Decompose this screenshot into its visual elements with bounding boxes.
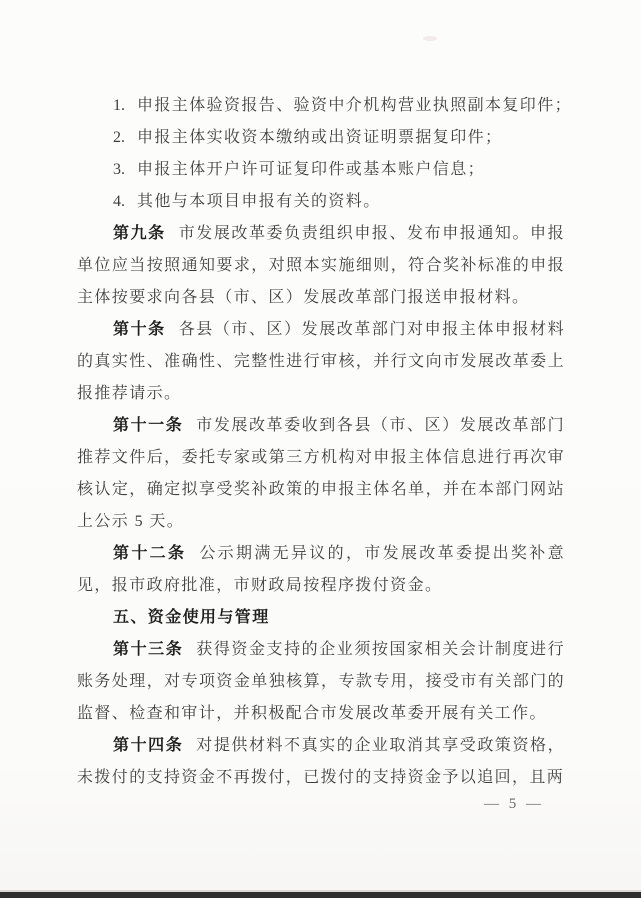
document-body: 1.申报主体验资报告、验资中介机构营业执照副本复印件； 2.申报主体实收资本缴纳… — [77, 90, 565, 794]
article-10-number: 第十条 — [113, 321, 166, 338]
list-item-2: 2.申报主体实收资本缴纳或出资证明票据复印件； — [77, 122, 565, 154]
page-number: — 5 — — [484, 795, 544, 813]
list-item-4-number: 4. — [113, 193, 125, 210]
scan-artifact-smudge — [423, 36, 437, 41]
section-heading-funds-management: 五、资金使用与管理 — [77, 602, 565, 634]
list-item-1-text: 申报主体验资报告、验资中介机构营业执照副本复印件； — [137, 97, 572, 114]
article-11-paragraph: 第十一条市发展改革委收到各县（市、区）发展改革部门推荐文件后，委托专家或第三方机… — [77, 410, 565, 538]
list-item-3-text: 申报主体开户许可证复印件或基本账户信息； — [137, 161, 485, 178]
scan-edge-bar — [0, 890, 641, 898]
list-item-3-number: 3. — [113, 161, 125, 178]
article-11-number: 第十一条 — [113, 417, 183, 434]
list-item-4: 4.其他与本项目申报有关的资料。 — [77, 186, 565, 218]
list-item-1-number: 1. — [113, 97, 125, 114]
article-12-number: 第十二条 — [113, 545, 186, 562]
list-item-4-text: 其他与本项目申报有关的资料。 — [137, 193, 381, 210]
article-9-number: 第九条 — [113, 225, 166, 242]
list-item-1: 1.申报主体验资报告、验资中介机构营业执照副本复印件； — [77, 90, 565, 122]
article-14-paragraph: 第十四条对提供材料不真实的企业取消其享受政策资格，未拨付的支持资金不再拨付，已拨… — [77, 730, 565, 794]
list-item-2-text: 申报主体实收资本缴纳或出资证明票据复印件； — [137, 129, 502, 146]
list-item-2-number: 2. — [113, 129, 125, 146]
article-10-paragraph: 第十条各县（市、区）发展改革部门对申报主体申报材料的真实性、准确性、完整性进行审… — [77, 314, 565, 410]
article-9-paragraph: 第九条市发展改革委负责组织申报、发布申报通知。申报单位应当按照通知要求，对照本实… — [77, 218, 565, 314]
scanned-document-page: 1.申报主体验资报告、验资中介机构营业执照副本复印件； 2.申报主体实收资本缴纳… — [0, 0, 641, 898]
article-13-number: 第十三条 — [113, 641, 183, 658]
article-12-paragraph: 第十二条公示期满无异议的，市发展改革委提出奖补意见，报市政府批准，市财政局按程序… — [77, 538, 565, 602]
article-14-number: 第十四条 — [113, 737, 183, 754]
article-13-paragraph: 第十三条获得资金支持的企业须按国家相关会计制度进行账务处理，对专项资金单独核算，… — [77, 634, 565, 730]
list-item-3: 3.申报主体开户许可证复印件或基本账户信息； — [77, 154, 565, 186]
